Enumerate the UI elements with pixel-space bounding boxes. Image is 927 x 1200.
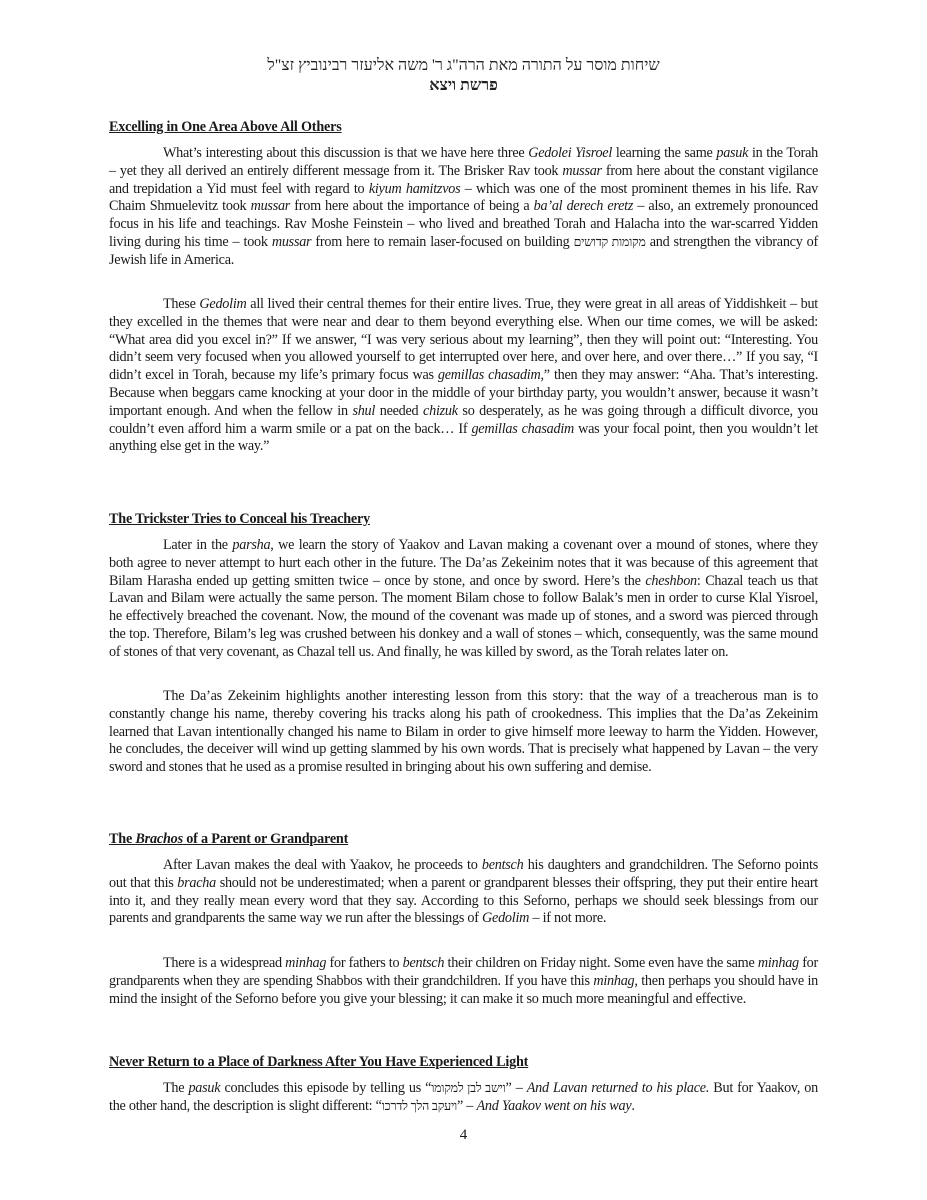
italic-term: And Yaakov went on his way bbox=[476, 1098, 631, 1114]
body-paragraph: The pasuk concludes this episode by tell… bbox=[109, 1080, 818, 1116]
text-run: These bbox=[163, 296, 199, 312]
italic-term: gemillas chasadim bbox=[438, 367, 541, 383]
italic-term: Gedolim bbox=[199, 296, 246, 312]
text-run: . bbox=[631, 1098, 634, 1114]
italic-term: minhag bbox=[758, 955, 799, 971]
text-run: concludes this episode by telling us “ bbox=[220, 1080, 431, 1096]
italic-term: parsha bbox=[232, 537, 270, 553]
italic-term: mussar bbox=[251, 198, 291, 214]
text-run: The bbox=[163, 1080, 188, 1096]
italic-term: kiyum hamitzvos bbox=[369, 181, 461, 197]
text-run: – if not more. bbox=[529, 910, 606, 926]
text-run: ” – bbox=[506, 1080, 527, 1096]
italic-term: cheshbon bbox=[645, 573, 697, 589]
italic-term: bentsch bbox=[403, 955, 445, 971]
hebrew-text: מקומות קדושים bbox=[574, 235, 646, 249]
body-paragraph: After Lavan makes the deal with Yaakov, … bbox=[109, 857, 818, 928]
text-run: their children on Friday night. Some eve… bbox=[444, 955, 758, 971]
page-number: 4 bbox=[0, 1127, 927, 1144]
text-run: There is a widespread bbox=[163, 955, 285, 971]
text-run: ” – bbox=[457, 1098, 477, 1114]
italic-term: gemillas chasadim bbox=[471, 421, 574, 437]
italic-term: bentsch bbox=[482, 857, 524, 873]
italic-term: mussar bbox=[562, 163, 602, 179]
body-paragraph: There is a widespread minhag for fathers… bbox=[109, 955, 818, 1008]
text-run: The bbox=[109, 831, 135, 847]
section-the-brachos-of-a-parent-or-grandparent: The Brachos of a Parent or Grandparent bbox=[109, 830, 818, 848]
text-run: needed bbox=[375, 403, 423, 419]
section-heading: Excelling in One Area Above All Others bbox=[109, 118, 818, 136]
italic-term: ba’al derech eretz bbox=[534, 198, 633, 214]
italic-term: bracha bbox=[177, 875, 216, 891]
italic-term: And Lavan returned to his place. bbox=[527, 1080, 709, 1096]
document-page: שיחות מוסר על התורה מאת הרה"ג ר' משה אלי… bbox=[0, 0, 927, 1200]
header-parsha-hebrew: פרשת ויצא bbox=[0, 76, 927, 96]
text-run: from here to remain laser-focused on bui… bbox=[311, 234, 573, 250]
italic-term: shul bbox=[352, 403, 375, 419]
text-run: should not be underestimated; when a par… bbox=[109, 875, 818, 927]
hebrew-text: ויעקב הלך לדרכו bbox=[382, 1099, 457, 1113]
text-run: for fathers to bbox=[326, 955, 402, 971]
italic-term: Gedolim bbox=[482, 910, 529, 926]
header-title-hebrew: שיחות מוסר על התורה מאת הרה"ג ר' משה אלי… bbox=[0, 56, 927, 76]
italic-term: Brachos bbox=[135, 831, 182, 847]
text-run: What’s interesting about this discussion… bbox=[163, 145, 528, 161]
text-run: learning the same bbox=[612, 145, 716, 161]
text-run: After Lavan makes the deal with Yaakov, … bbox=[163, 857, 482, 873]
italic-term: mussar bbox=[272, 234, 312, 250]
body-paragraph: Later in the parsha, we learn the story … bbox=[109, 537, 818, 662]
italic-term: pasuk bbox=[188, 1080, 220, 1096]
italic-term: pasuk bbox=[716, 145, 748, 161]
section-excelling-in-one-area-above-all-others: Excelling in One Area Above All Others bbox=[109, 118, 818, 136]
hebrew-text: וישב לבן למקומו bbox=[431, 1081, 505, 1095]
body-paragraph: These Gedolim all lived their central th… bbox=[109, 296, 818, 456]
italic-term: chizuk bbox=[423, 403, 458, 419]
italic-term: Gedolei Yisroel bbox=[528, 145, 612, 161]
section-heading: The Brachos of a Parent or Grandparent bbox=[109, 830, 818, 848]
section-the-trickster-tries-to-conceal-his-treachery: The Trickster Tries to Conceal his Treac… bbox=[109, 510, 818, 528]
section-heading: Never Return to a Place of Darkness Afte… bbox=[109, 1053, 818, 1071]
section-heading: The Trickster Tries to Conceal his Treac… bbox=[109, 510, 818, 528]
body-paragraph: What’s interesting about this discussion… bbox=[109, 145, 818, 270]
italic-term: minhag bbox=[285, 955, 326, 971]
italic-term: minhag bbox=[593, 973, 634, 989]
page-header: שיחות מוסר על התורה מאת הרה"ג ר' משה אלי… bbox=[0, 56, 927, 96]
text-run: of a Parent or Grandparent bbox=[183, 831, 348, 847]
body-paragraph: The Da’as Zekeinim highlights another in… bbox=[109, 688, 818, 777]
text-run: Later in the bbox=[163, 537, 232, 553]
text-run: The Da’as Zekeinim highlights another in… bbox=[109, 688, 818, 775]
text-run: from here about the importance of being … bbox=[290, 198, 534, 214]
section-never-return-to-a-place-of-darkness-after-you-have-experienced-light: Never Return to a Place of Darkness Afte… bbox=[109, 1053, 818, 1071]
